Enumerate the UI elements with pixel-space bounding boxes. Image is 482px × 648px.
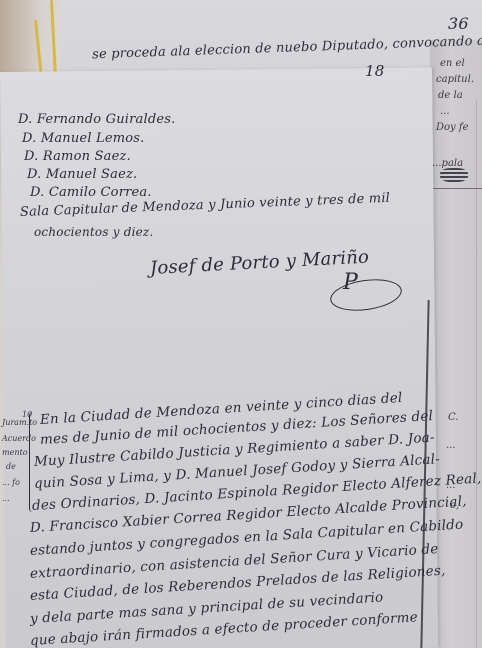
folio-number: 36: [448, 14, 469, 33]
signatory-name: D. Manuel Lemos.: [22, 131, 145, 146]
right-fragment: Doy fe: [436, 122, 469, 133]
ink-blot: [440, 168, 468, 182]
margin-note: ... fo: [2, 478, 20, 487]
right-fragment: ...: [440, 106, 450, 117]
page-number: 18: [365, 62, 385, 80]
signatory-name: D. Fernando Guiraldes.: [18, 112, 175, 127]
right-fragment: o,: [450, 500, 459, 511]
page-edge-line: [476, 100, 477, 648]
signatory-name: D. Ramon Saez.: [24, 149, 131, 164]
signatory-name: D. Camilo Correa.: [30, 185, 152, 200]
margin-note: de: [6, 462, 16, 471]
margin-note: ...: [2, 494, 10, 503]
rubric-mark: P: [343, 270, 358, 295]
right-fragment: en el: [440, 58, 465, 69]
right-fragment: C.: [448, 412, 458, 423]
right-fragment: de la: [438, 90, 463, 101]
signatory-name: D. Manuel Saez.: [27, 167, 137, 182]
manuscript-photo: se proceda ala eleccion de nuebo Diputad…: [0, 0, 482, 648]
right-fragment: ...: [446, 440, 456, 451]
margin-note: mento: [2, 448, 28, 457]
rule-line: [430, 188, 482, 189]
right-fragment: capitul.: [436, 74, 474, 85]
right-fragment: ...: [446, 480, 456, 491]
closing-line: ochocientos y diez.: [34, 225, 153, 239]
